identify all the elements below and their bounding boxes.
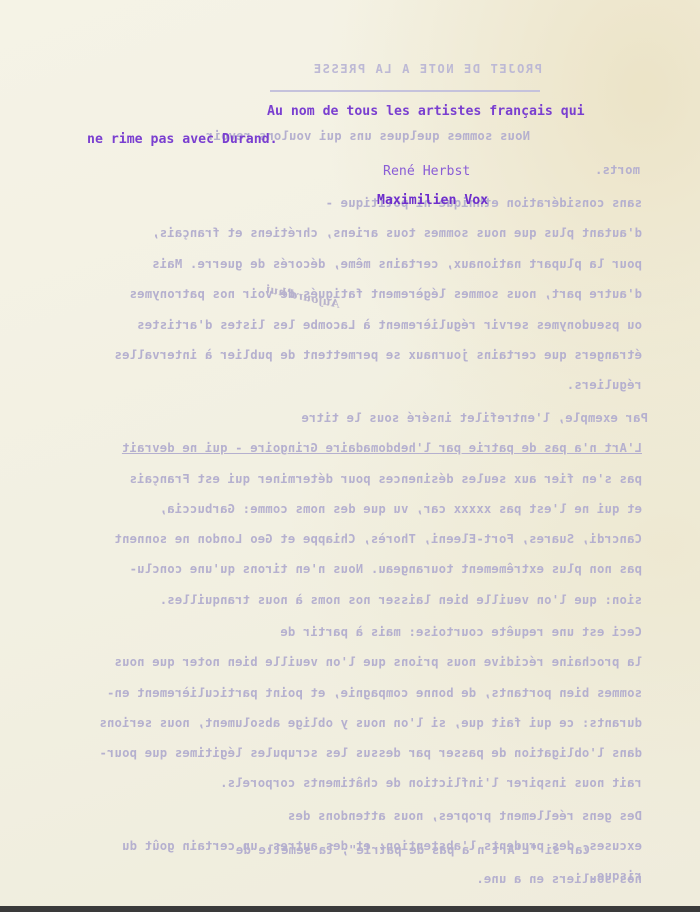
signature-maximilien-vox: Maximilien Vox bbox=[377, 193, 488, 208]
front-line-2: ne rime pas avec Durand. bbox=[87, 132, 278, 147]
page-bottom-edge bbox=[0, 906, 700, 912]
signature-rene-herbst: René Herbst bbox=[383, 164, 470, 179]
front-line-1: Au nom de tous les artistes français qui bbox=[267, 104, 585, 119]
